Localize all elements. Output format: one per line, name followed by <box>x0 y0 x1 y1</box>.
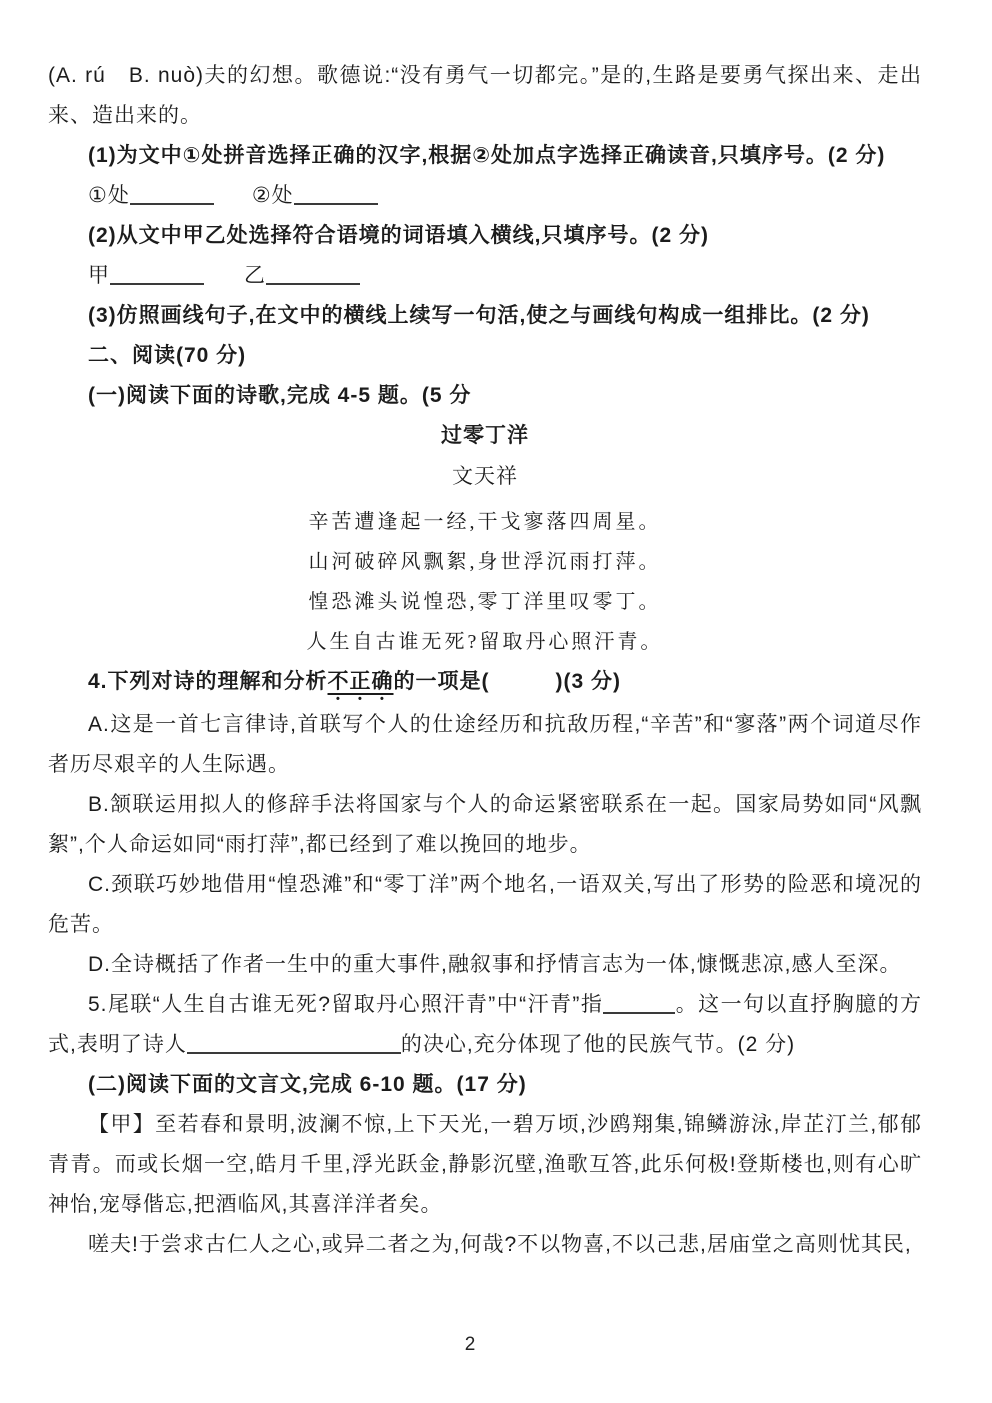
part1-heading: (一)阅读下面的诗歌,完成 4-5 题。(5 分 <box>48 376 922 416</box>
blank-field-2b <box>266 265 360 285</box>
fill-label-1b: ②处 <box>252 184 294 207</box>
q4-stem-prefix: 4.下列对诗的理解和分析 <box>88 670 328 693</box>
q5-segment-3: 的决心,充分体现了他的民族气节。(2 分) <box>401 1033 795 1056</box>
q5-segment-1: 5.尾联“人生自古谁无死?留取丹心照汗青”中“汗青”指 <box>88 993 603 1016</box>
exam-page: (A. rú B. nuò)夫的幻想。歌德说:“没有勇气一切都完。”是的,生路是… <box>0 0 992 1403</box>
option-b: B.颔联运用拟人的修辞手法将国家与个人的命运紧密联系在一起。国家局势如同“风飘絮… <box>48 785 922 865</box>
blank-field-1b <box>294 185 378 205</box>
blank-field-2a <box>110 265 204 285</box>
fill-row-1: ①处②处 <box>48 176 922 216</box>
poem-line: 辛苦遭逢起一经,干戈寥落四周星。 <box>48 502 922 542</box>
passage-jiefu: 嗟夫!于尝求古仁人之心,或异二者之为,何哉?不以物喜,不以己悲,居庙堂之高则忧其… <box>48 1225 922 1265</box>
sub-question-3: (3)仿照画线句子,在文中的横线上续写一句活,使之与画线句构成一组排比。(2 分… <box>48 296 922 336</box>
q4-stem-emphasis: 不正确 <box>328 670 394 693</box>
question-5: 5.尾联“人生自古谁无死?留取丹心照汗青”中“汗青”指。这一句以直抒胸臆的方式,… <box>48 985 922 1065</box>
blank-field-5a <box>603 994 675 1014</box>
page-content: (A. rú B. nuò)夫的幻想。歌德说:“没有勇气一切都完。”是的,生路是… <box>48 56 922 1265</box>
q4-stem-suffix: 的一项是( )(3 分) <box>394 670 622 693</box>
passage-jia: 【甲】至若春和景明,波澜不惊,上下天光,一碧万顷,沙鸥翔集,锦鳞游泳,岸芷汀兰,… <box>48 1105 922 1225</box>
fill-label-2b: 乙 <box>244 264 266 287</box>
sub-question-1: (1)为文中①处拼音选择正确的汉字,根据②处加点字选择正确读音,只填序号。(2 … <box>48 136 922 176</box>
poem-line: 惶恐滩头说惶恐,零丁洋里叹零丁。 <box>48 582 922 622</box>
sub-question-2: (2)从文中甲乙处选择符合语境的词语填入横线,只填序号。(2 分) <box>48 216 922 256</box>
question-4-stem: 4.下列对诗的理解和分析不正确的一项是( )(3 分) <box>48 662 922 705</box>
option-a: A.这是一首七言律诗,首联写个人的仕途经历和抗敌历程,“辛苦”和“寥落”两个词道… <box>48 705 922 785</box>
blank-field-5b <box>187 1034 401 1054</box>
section-title: 二、阅读(70 分) <box>48 336 922 376</box>
page-number: 2 <box>0 1334 966 1356</box>
fill-label-1a: ①处 <box>88 184 130 207</box>
blank-field-1a <box>130 185 214 205</box>
fill-row-2: 甲乙 <box>48 256 922 296</box>
poem-line: 山河破碎风飘絮,身世浮沉雨打萍。 <box>48 542 922 582</box>
part2-heading: (二)阅读下面的文言文,完成 6-10 题。(17 分) <box>48 1065 922 1105</box>
poem-title: 过零丁洋 <box>48 416 922 456</box>
poem-line: 人生自古谁无死?留取丹心照汗青。 <box>48 622 922 662</box>
option-d: D.全诗概括了作者一生中的重大事件,融叙事和抒情言志为一体,慷慨悲凉,感人至深。 <box>48 945 922 985</box>
poem-body: 辛苦遭逢起一经,干戈寥落四周星。 山河破碎风飘絮,身世浮沉雨打萍。 惶恐滩头说惶… <box>48 502 922 662</box>
option-c: C.颈联巧妙地借用“惶恐滩”和“零丁洋”两个地名,一语双关,写出了形势的险恶和境… <box>48 865 922 945</box>
poem-author: 文天祥 <box>48 456 922 496</box>
fill-label-2a: 甲 <box>88 264 110 287</box>
intro-paragraph: (A. rú B. nuò)夫的幻想。歌德说:“没有勇气一切都完。”是的,生路是… <box>48 56 922 136</box>
